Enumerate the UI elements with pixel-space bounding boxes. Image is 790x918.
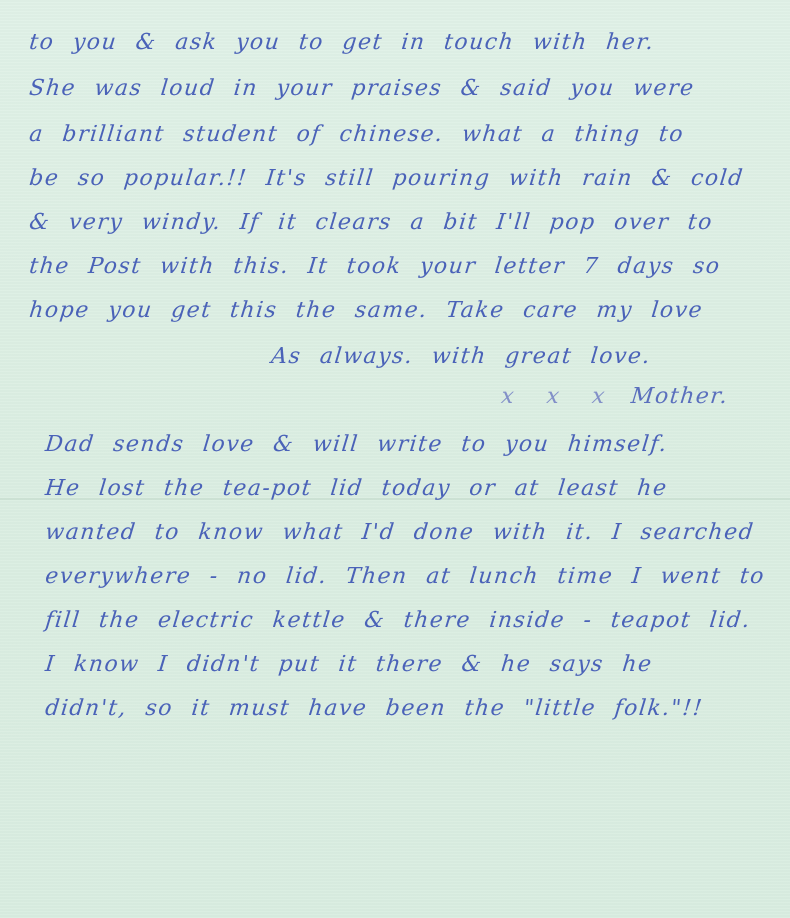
letter-page: to you & ask you to get in touch with he… [0,0,790,918]
postscript-line-6: I know I didn't put it there & he says h… [44,652,654,677]
postscript-line-7: didn't, so it must have been the "little… [44,696,704,721]
postscript-line-2: He lost the tea-pot lid today or at leas… [44,476,669,501]
postscript-line-3: wanted to know what I'd done with it. I … [44,520,756,545]
letter-line-4: be so popular.!! It's still pouring with… [28,166,745,191]
letter-signature: x x x Mother. [500,384,730,409]
postscript-line-5: fill the electric kettle & there inside … [44,608,752,633]
kisses-marks: x x x [500,384,614,409]
letter-line-3: a brilliant student of chinese. what a t… [28,122,685,147]
letter-line-7: hope you get this the same. Take care my… [28,298,704,323]
letter-line-1: to you & ask you to get in touch with he… [28,30,656,55]
letter-closing: As always. with great love. [270,344,652,369]
letter-line-6: the Post with this. It took your letter … [28,254,722,279]
postscript-line-1: Dad sends love & will write to you himse… [44,432,669,457]
letter-line-5: & very windy. If it clears a bit I'll po… [28,210,714,235]
letter-line-2: She was loud in your praises & said you … [28,76,696,101]
postscript-line-4: everywhere - no lid. Then at lunch time … [44,564,766,589]
signature-name: Mother. [630,384,730,409]
